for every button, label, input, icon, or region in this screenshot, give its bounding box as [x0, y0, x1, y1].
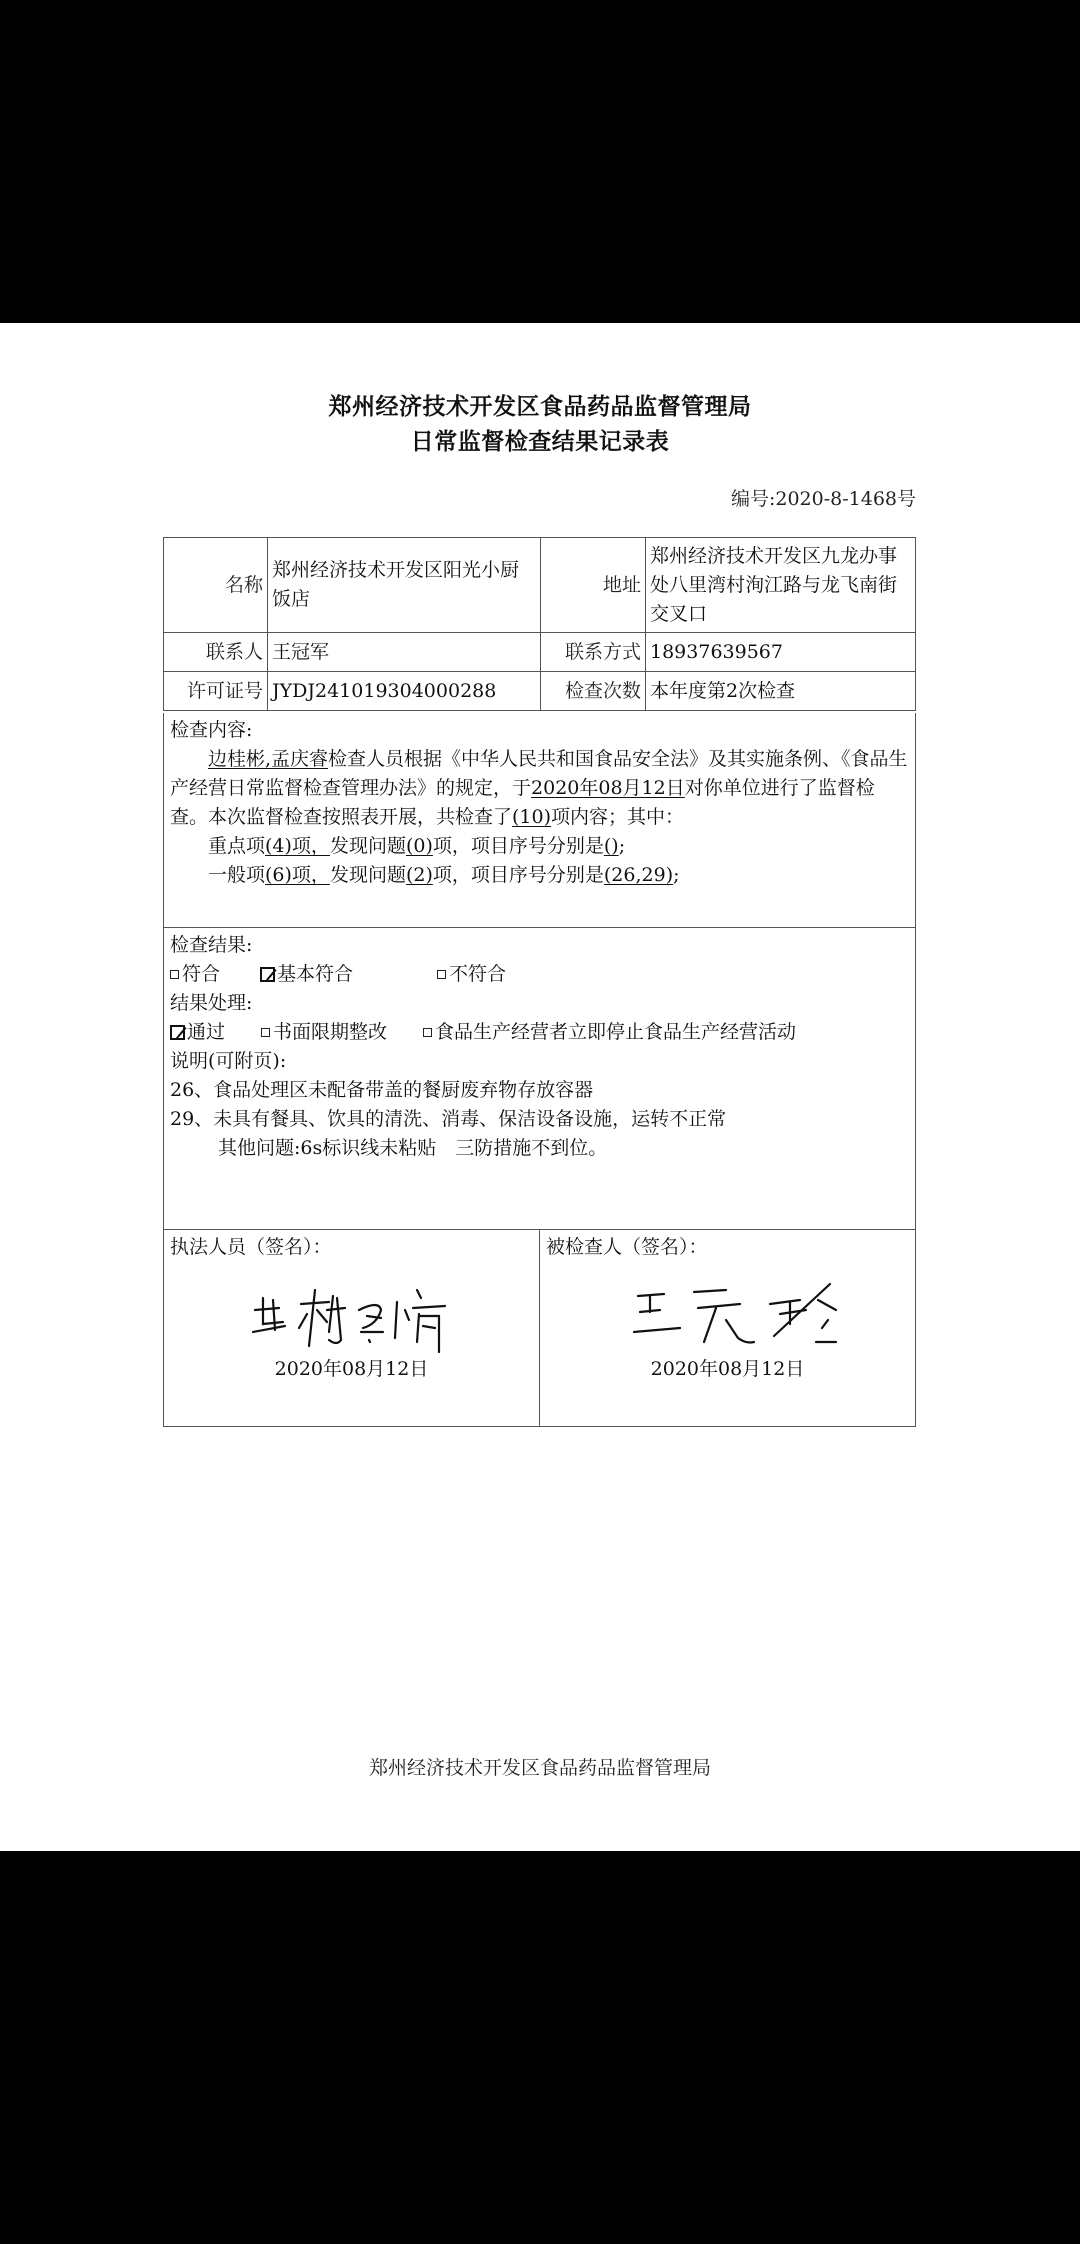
contact-value: 王冠军	[268, 633, 541, 672]
key-items-line: 重点项(4)项，发现问题(0)项，项目序号分别是();	[170, 832, 909, 861]
content-heading: 检查内容:	[170, 716, 909, 745]
option-rectify[interactable]: 书面限期整改	[261, 1018, 387, 1047]
inspection-date: 2020年08月12日	[531, 777, 685, 799]
total-items: (10)	[512, 806, 551, 828]
inspector-names: 边桂彬,孟庆睿	[208, 748, 328, 770]
option-pass[interactable]: 通过	[170, 1018, 225, 1047]
key-issues-count: (0)	[406, 835, 433, 857]
document-subtitle: 日常监督检查结果记录表	[0, 423, 1080, 456]
key-items-count: (4)项，	[265, 835, 330, 857]
inspection-count-label: 检查次数	[541, 672, 646, 711]
document-title: 郑州经济技术开发区食品药品监督管理局	[0, 388, 1080, 421]
inspected-signature-handwriting	[630, 1270, 870, 1350]
general-issues-count: (2)	[406, 864, 433, 886]
basic-info-table: 名称 郑州经济技术开发区阳光小厨饭店 地址 郑州经济技术开发区九龙办事处八里湾村…	[163, 537, 916, 711]
table-row: 名称 郑州经济技术开发区阳光小厨饭店 地址 郑州经济技术开发区九龙办事处八里湾村…	[164, 538, 916, 633]
option-label: 基本符合	[277, 960, 353, 989]
officer-signature-handwriting	[249, 1280, 489, 1360]
option-compliant[interactable]: 符合	[170, 960, 220, 989]
option-label: 书面限期整改	[273, 1018, 387, 1047]
general-issues-label: 发现问题	[330, 864, 406, 886]
inspection-content-section: 检查内容: 边桂彬,孟庆睿检查人员根据《中华人民共和国食品安全法》及其实施条例、…	[163, 713, 916, 928]
handling-options: 通过 书面限期整改 食品生产经营者立即停止食品生产经营活动	[170, 1018, 909, 1047]
option-label: 食品生产经营者立即停止食品生产经营活动	[435, 1018, 796, 1047]
key-ids-label: 项，项目序号分别是	[433, 835, 604, 857]
checkbox-checked-icon[interactable]	[170, 1025, 185, 1040]
general-items-label: 一般项	[208, 864, 265, 886]
note-item: 29、未具有餐具、饮具的清洗、消毒、保洁设备设施，运转不正常	[170, 1105, 909, 1134]
key-issues-label: 发现问题	[330, 835, 406, 857]
inspection-result-section: 检查结果: 符合 基本符合 不符合 结果处理: 通过 书面限期整改 食品生产经营…	[163, 928, 916, 1230]
content-text: 项内容；其中：	[551, 806, 684, 828]
general-items-line: 一般项(6)项，发现问题(2)项，项目序号分别是(26,29);	[170, 861, 909, 890]
address-label: 地址	[541, 538, 646, 633]
address-value: 郑州经济技术开发区九龙办事处八里湾村洵江路与龙飞南街交叉口	[646, 538, 916, 633]
content-paragraph: 边桂彬,孟庆睿检查人员根据《中华人民共和国食品安全法》及其实施条例、《食品生产经…	[170, 745, 909, 832]
issuer-footer: 郑州经济技术开发区食品药品监督管理局	[0, 1753, 1080, 1780]
checkbox-checked-icon[interactable]	[260, 967, 275, 982]
punctuation: ;	[673, 864, 679, 886]
checkbox-unchecked-icon[interactable]	[261, 1028, 270, 1037]
option-basically-compliant[interactable]: 基本符合	[260, 960, 353, 989]
officer-sign-date: 2020年08月12日	[164, 1355, 539, 1384]
general-ids: (26,29)	[604, 864, 673, 886]
general-ids-label: 项，项目序号分别是	[433, 864, 604, 886]
option-stop-operations[interactable]: 食品生产经营者立即停止食品生产经营活动	[423, 1018, 796, 1047]
note-item: 26、食品处理区未配备带盖的餐厨废弃物存放容器	[170, 1076, 909, 1105]
other-issues: 其他问题:6s标识线未粘贴 三防措施不到位。	[170, 1134, 909, 1163]
checkbox-unchecked-icon[interactable]	[170, 970, 179, 979]
inspection-count-value: 本年度第2次检查	[646, 672, 916, 711]
inspected-sign-date: 2020年08月12日	[540, 1355, 915, 1384]
license-label: 许可证号	[164, 672, 268, 711]
name-label: 名称	[164, 538, 268, 633]
phone-value: 18937639567	[646, 633, 916, 672]
table-row: 联系人 王冠军 联系方式 18937639567	[164, 633, 916, 672]
punctuation: ;	[619, 835, 625, 857]
general-items-count: (6)项，	[265, 864, 330, 886]
key-ids: ()	[604, 835, 619, 857]
officer-signature-cell: 执法人员（签名）： 2020年08月12日	[164, 1230, 540, 1426]
key-items-label: 重点项	[208, 835, 265, 857]
option-label: 符合	[182, 960, 220, 989]
document-number: 编号:2020-8-1468号	[731, 484, 916, 511]
result-heading: 检查结果:	[170, 931, 909, 960]
handling-heading: 结果处理:	[170, 989, 909, 1018]
contact-label: 联系人	[164, 633, 268, 672]
name-value: 郑州经济技术开发区阳光小厨饭店	[268, 538, 541, 633]
license-value: JYDJ241019304000288	[268, 672, 541, 711]
checkbox-unchecked-icon[interactable]	[423, 1028, 432, 1037]
inspected-signature-cell: 被检查人（签名）： 2020年08月12日	[540, 1230, 915, 1426]
table-row: 许可证号 JYDJ241019304000288 检查次数 本年度第2次检查	[164, 672, 916, 711]
checkbox-unchecked-icon[interactable]	[437, 970, 446, 979]
option-noncompliant[interactable]: 不符合	[437, 960, 506, 989]
inspected-signature-label: 被检查人（签名）：	[546, 1233, 909, 1262]
notes-heading: 说明(可附页):	[170, 1047, 909, 1076]
officer-signature-label: 执法人员（签名）：	[170, 1233, 533, 1262]
result-options: 符合 基本符合 不符合	[170, 960, 909, 989]
phone-label: 联系方式	[541, 633, 646, 672]
option-label: 不符合	[449, 960, 506, 989]
option-label: 通过	[187, 1018, 225, 1047]
document-page: 郑州经济技术开发区食品药品监督管理局 日常监督检查结果记录表 编号:2020-8…	[0, 323, 1080, 1851]
signature-section: 执法人员（签名）： 2020年08月12日 被检查人（签名）： 2020年08月…	[163, 1230, 916, 1427]
